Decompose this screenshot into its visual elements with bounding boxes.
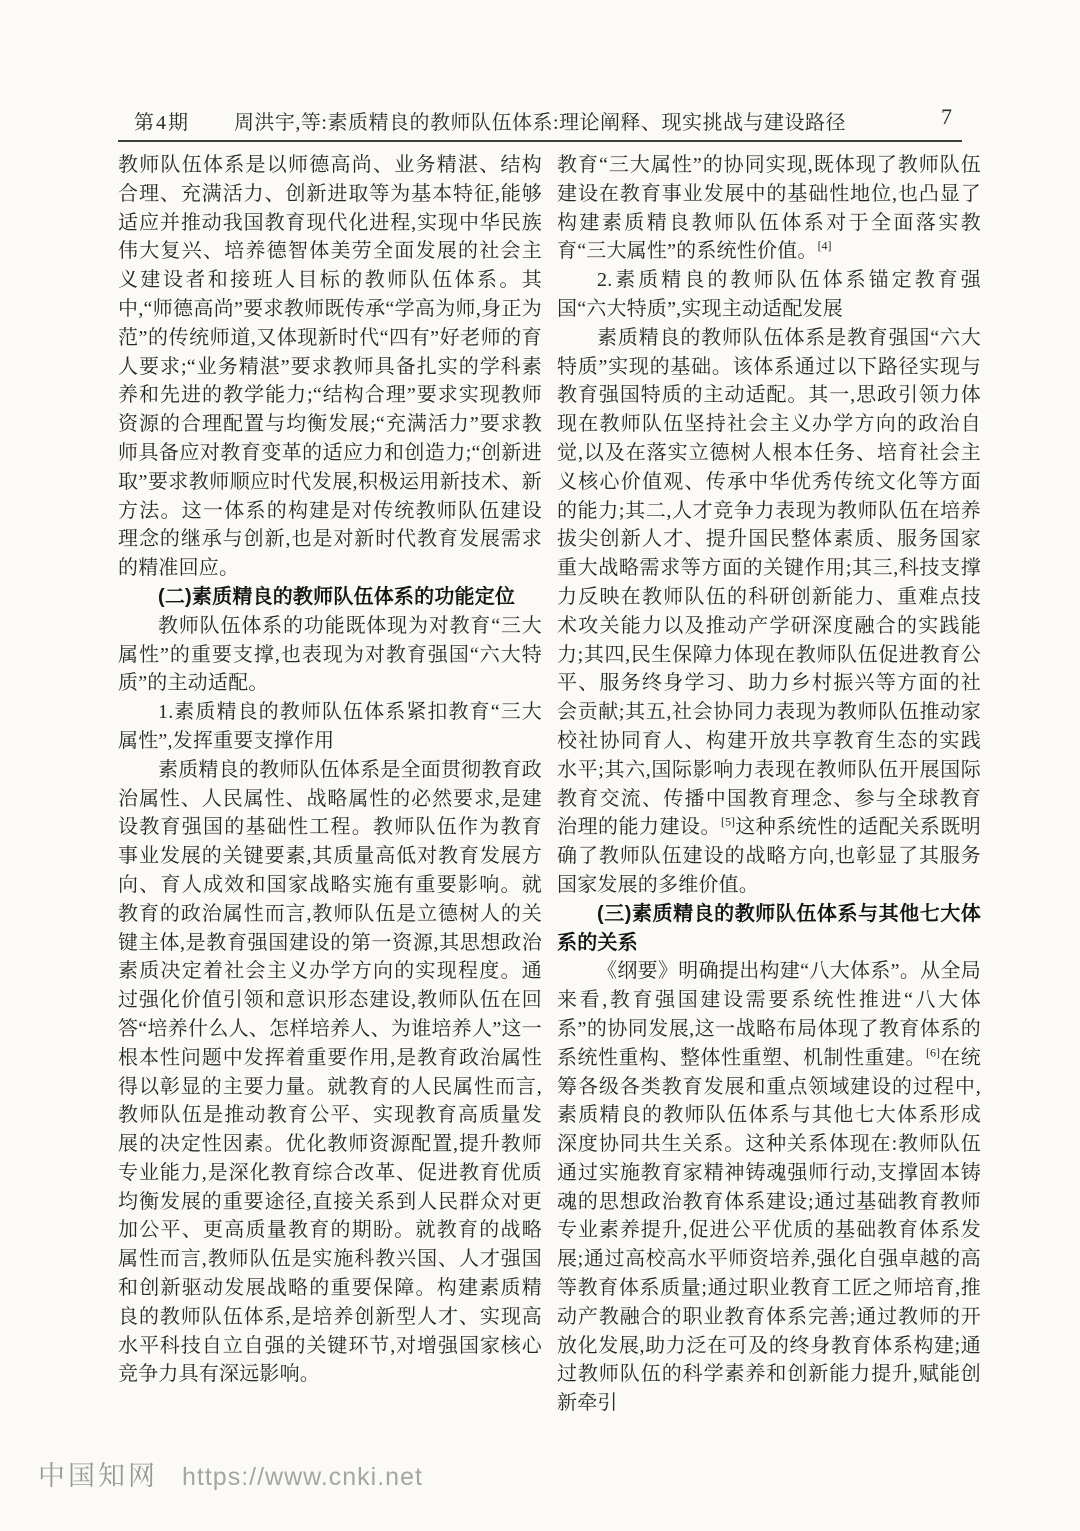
right-column: 教育“三大属性”的协同实现,既体现了教师队伍建设在教育事业发展中的基础性地位,也… — [557, 151, 981, 1366]
paragraph: 素质精良的教师队伍体系是教育强国“六大特质”实现的基础。该体系通过以下路径实现与… — [557, 324, 981, 900]
section-heading: (三)素质精良的教师队伍体系与其他七大体系的关系 — [557, 900, 981, 958]
header-rule — [118, 140, 962, 142]
paragraph: 1.素质精良的教师队伍体系紧扣教育“三大属性”,发挥重要支撑作用 — [118, 698, 542, 756]
left-column: 教师队伍体系是以师德高尚、业务精湛、结构合理、充满活力、创新进取等为基本特征,能… — [118, 151, 542, 1366]
citation-ref: [6] — [926, 1045, 940, 1059]
running-title: 周洪宇,等:素质精良的教师队伍体系:理论阐释、现实挑战与建设路径 — [178, 106, 902, 135]
paragraph: 2.素质精良的教师队伍体系锚定教育强国“六大特质”,实现主动适配发展 — [557, 266, 981, 324]
paragraph: 素质精良的教师队伍体系是全面贯彻教育政治属性、人民属性、战略属性的必然要求,是建… — [118, 756, 542, 1390]
paragraph: 教师队伍体系是以师德高尚、业务精湛、结构合理、充满活力、创新进取等为基本特征,能… — [118, 151, 542, 583]
paragraph: 《纲要》明确提出构建“八大体系”。从全局来看,教育强国建设需要系统性推进“八大体… — [557, 957, 981, 1418]
section-heading: (二)素质精良的教师队伍体系的功能定位 — [118, 583, 542, 612]
cnki-url-label: https://www.cnki.net — [182, 1463, 423, 1492]
running-head: 第4期 周洪宇,等:素质精良的教师队伍体系:理论阐释、现实挑战与建设路径 7 — [118, 102, 962, 134]
cnki-watermark: 中国知网 https://www.cnki.net — [38, 1454, 423, 1493]
cnki-brand-label: 中国知网 — [38, 1454, 158, 1493]
citation-ref: [4] — [818, 239, 832, 253]
citation-ref: [5] — [721, 815, 735, 829]
paragraph: 教师队伍体系的功能既体现为对教育“三大属性”的重要支撑,也表现为对教育强国“六大… — [118, 612, 542, 698]
paragraph: 教育“三大属性”的协同实现,既体现了教师队伍建设在教育事业发展中的基础性地位,也… — [557, 151, 981, 266]
page-number: 7 — [941, 104, 952, 130]
